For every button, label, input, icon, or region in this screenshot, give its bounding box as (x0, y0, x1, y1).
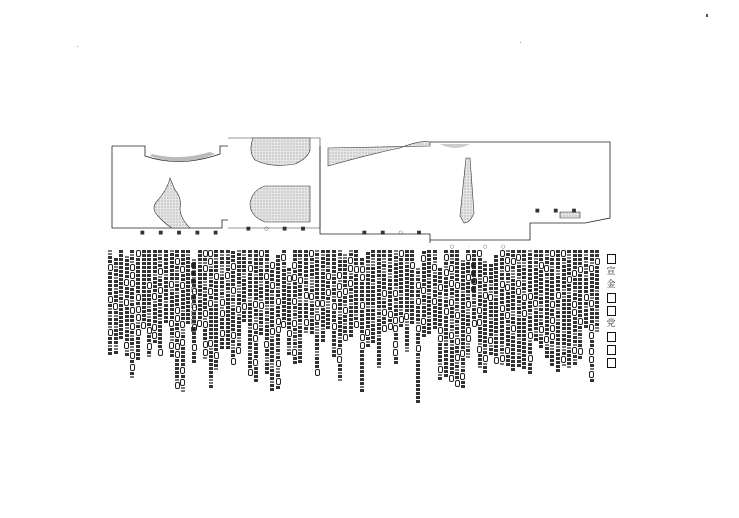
text-column (455, 250, 459, 388)
text-column (522, 250, 526, 370)
text-column (444, 250, 448, 378)
text-column (450, 250, 454, 383)
headline-glyph-box (607, 358, 616, 368)
text-column (506, 250, 510, 367)
text-column (220, 250, 224, 350)
text-column (181, 250, 185, 393)
headline-glyph-box (607, 254, 616, 264)
text-column (427, 250, 431, 335)
text-column (321, 250, 325, 343)
headline-glyph-box (607, 332, 616, 342)
text-column (528, 250, 532, 375)
text-column (573, 250, 577, 366)
text-column (595, 250, 599, 333)
text-column (377, 250, 381, 369)
text-column (175, 250, 179, 390)
text-column (259, 250, 263, 336)
text-column (282, 250, 286, 329)
text-column (545, 250, 549, 359)
subheading: ■■■■ (470, 262, 477, 294)
headline-char: 宣 (606, 267, 615, 277)
text-column (293, 250, 297, 365)
text-column (500, 250, 504, 366)
text-column (562, 250, 566, 367)
text-column (332, 250, 336, 358)
headline-char: 党 (606, 319, 615, 329)
map-outlines (110, 128, 620, 243)
text-column (567, 250, 571, 369)
text-column (483, 261, 487, 374)
text-column (270, 262, 274, 392)
map-figure-strip: ■ ■ ■ ■ ■ ■ ○ ■ ■ ■ ■ ○ ■ ○ · ○ ○ ■ ■ ■ (110, 128, 620, 243)
text-column (209, 250, 213, 389)
text-column (136, 250, 140, 361)
newspaper-page: ■ ■ ■ ■ ■ ■ ○ ■ ■ ■ ■ ○ ■ ○ · ○ ○ ■ ■ ■ … (0, 0, 739, 518)
text-column (461, 260, 465, 389)
text-column (287, 268, 291, 356)
text-column (147, 250, 151, 358)
text-column (326, 250, 330, 330)
headline: 宣金党 (604, 254, 618, 368)
text-column (343, 254, 347, 342)
text-column (399, 250, 403, 328)
text-column (360, 258, 364, 393)
text-column (265, 250, 269, 375)
text-column (590, 250, 594, 383)
figure-caption: ■ ■ ■ ■ ■ (140, 230, 224, 236)
text-column (394, 250, 398, 365)
text-column (198, 250, 202, 328)
headline-glyph-box (607, 345, 616, 355)
text-column (304, 250, 308, 334)
text-column (405, 250, 409, 353)
text-column (203, 250, 207, 360)
text-column (298, 250, 302, 364)
text-column (231, 251, 235, 366)
text-column (410, 250, 414, 325)
text-column (371, 250, 375, 344)
text-column (494, 255, 498, 365)
text-column (130, 250, 134, 379)
headline-glyph-box (607, 306, 616, 316)
scan-speck (706, 14, 708, 17)
text-column (366, 252, 370, 348)
text-column (310, 250, 314, 335)
headline-glyph-box (607, 293, 616, 303)
text-column (578, 250, 582, 360)
text-column (108, 250, 112, 356)
text-column (388, 250, 392, 331)
text-column (556, 250, 560, 373)
text-column (478, 250, 482, 369)
text-column (242, 250, 246, 323)
text-column (254, 250, 258, 383)
text-column (164, 250, 168, 324)
text-column (422, 251, 426, 338)
figure-caption: ■ ○ ■ ■ (246, 226, 311, 232)
text-column (237, 250, 241, 355)
text-column (248, 250, 252, 377)
text-column (550, 250, 554, 367)
text-column (125, 256, 129, 357)
text-column (226, 250, 230, 350)
text-column (489, 264, 493, 356)
text-column (534, 250, 538, 342)
text-column (338, 250, 342, 382)
subheading: ■■■□■□□□■ (190, 262, 197, 334)
text-column (438, 268, 442, 381)
text-column (433, 250, 437, 330)
text-column (416, 268, 420, 404)
text-column (114, 258, 118, 355)
text-column (119, 250, 123, 340)
text-column (170, 250, 174, 358)
scan-speck (77, 46, 78, 47)
headline-char: 金 (606, 280, 615, 290)
text-column (158, 250, 162, 357)
text-column (354, 250, 358, 329)
text-column (511, 250, 515, 372)
figure-caption: ■ ■ ○ ■ (362, 230, 427, 236)
text-column (539, 250, 543, 349)
body-text-columns (108, 250, 628, 385)
text-column (517, 250, 521, 368)
text-column (382, 250, 386, 333)
text-column (276, 255, 280, 390)
text-column (214, 250, 218, 371)
scan-speck (520, 42, 521, 43)
text-column (315, 250, 319, 377)
figure-caption: ■ ■ ■ (535, 208, 582, 214)
text-column (142, 250, 146, 330)
text-column (584, 250, 588, 329)
text-column (153, 250, 157, 344)
text-column (349, 250, 353, 338)
